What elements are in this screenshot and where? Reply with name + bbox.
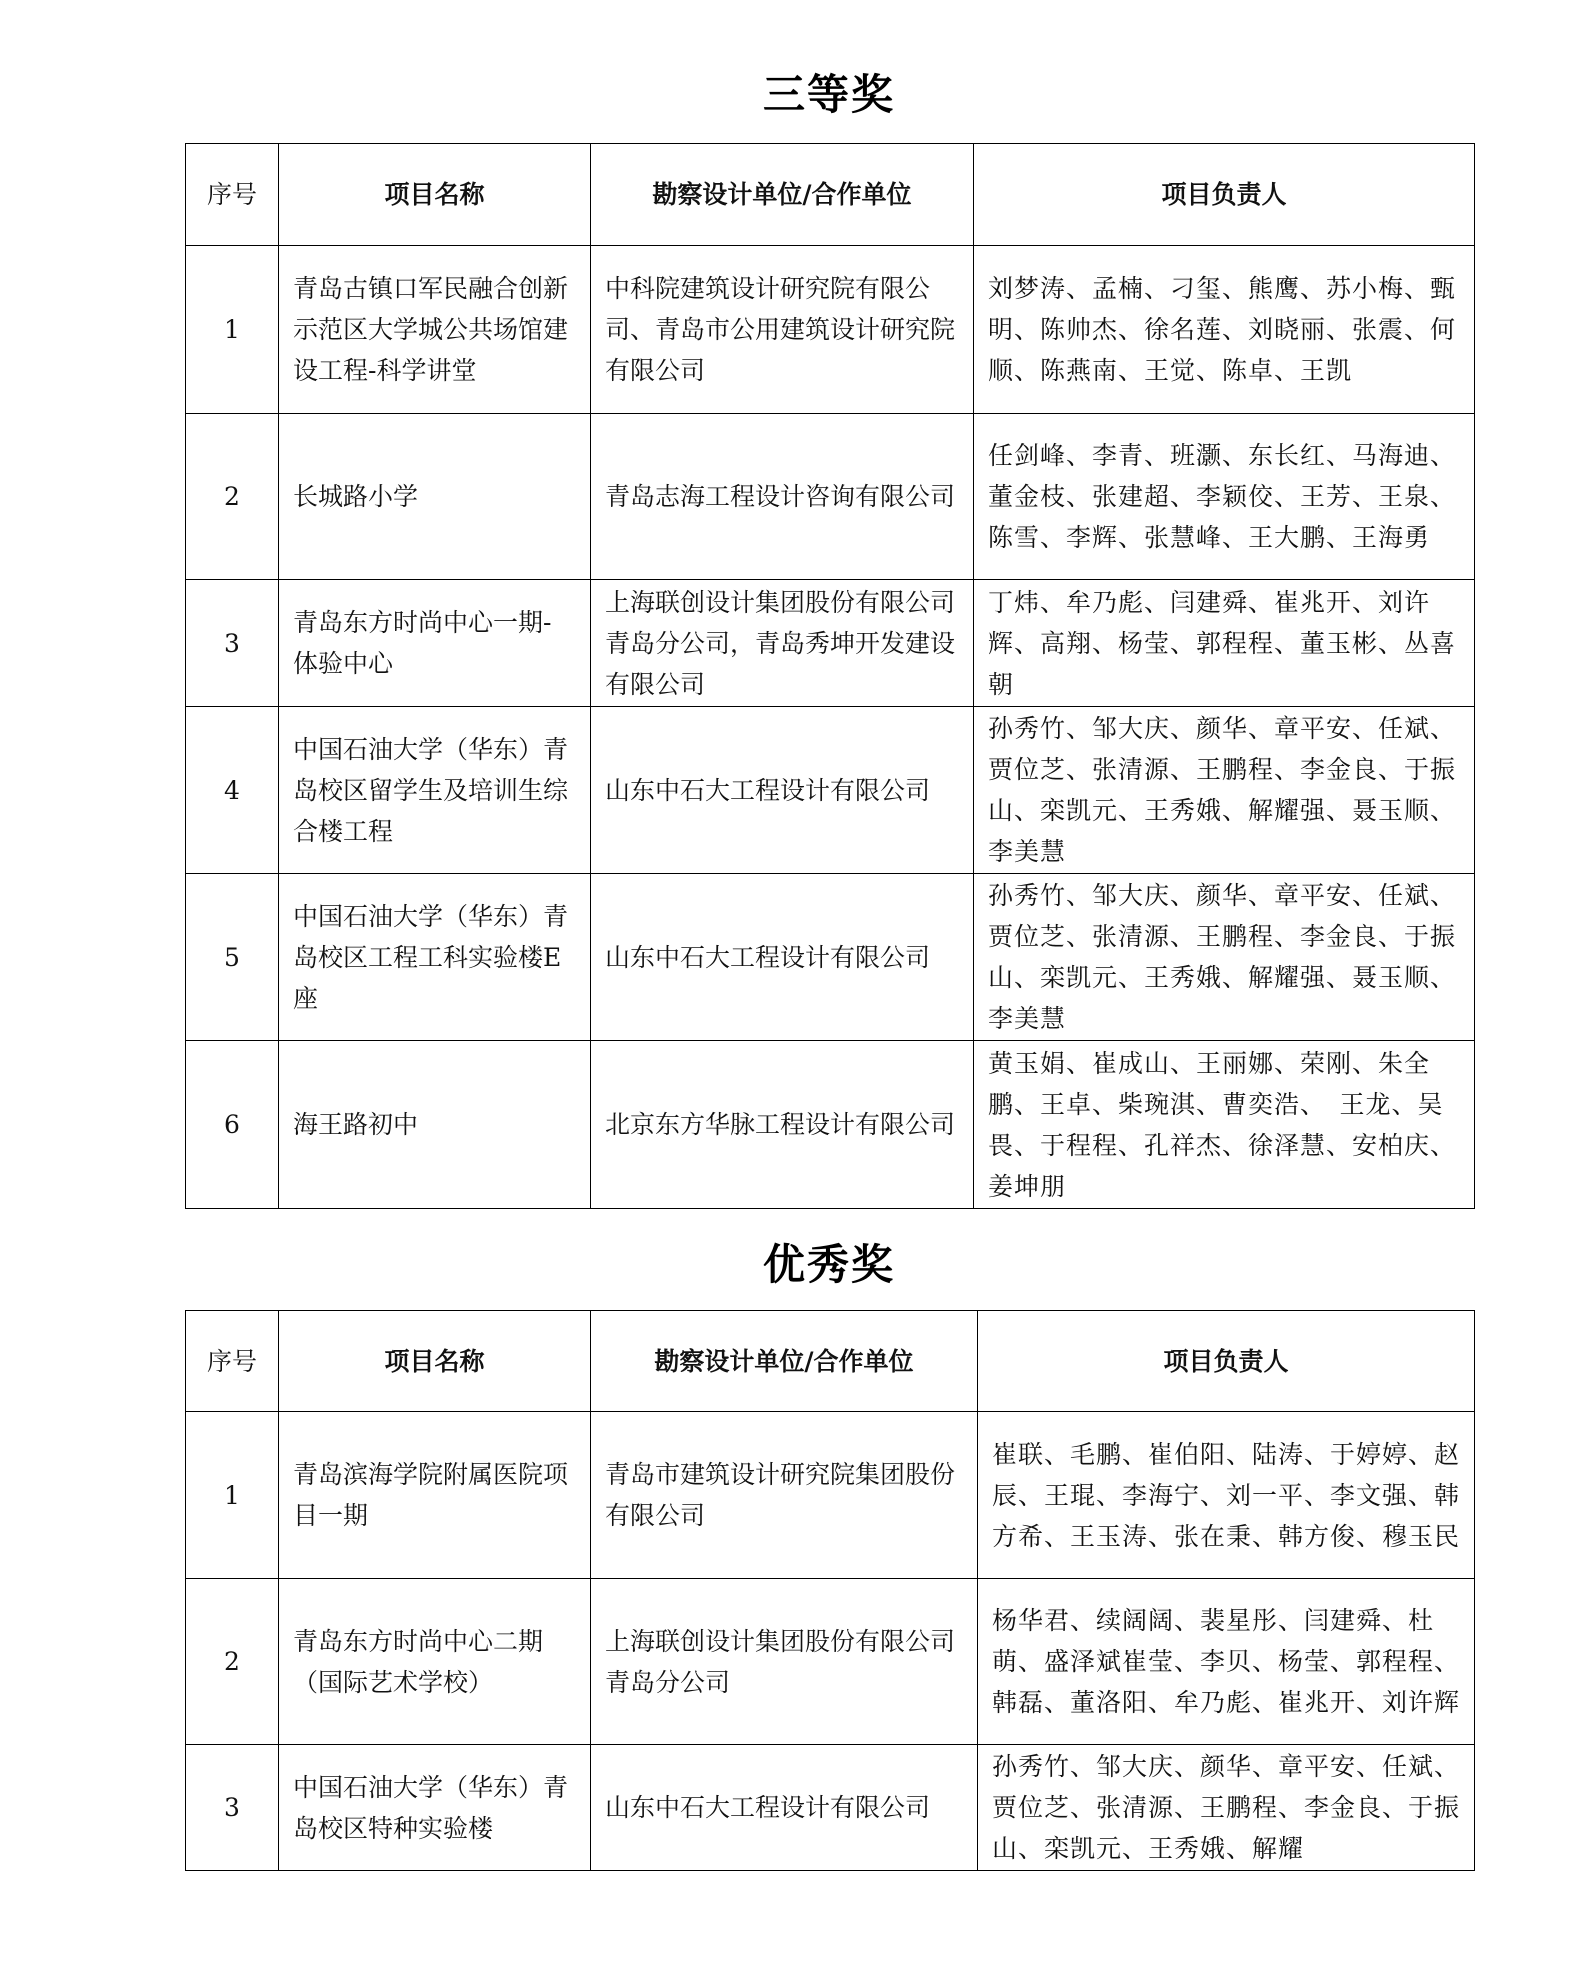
row-index: 2	[186, 1579, 279, 1745]
row-project: 青岛古镇口军民融合创新示范区大学城公共场馆建设工程-科学讲堂	[279, 246, 591, 414]
row-unit: 山东中石大工程设计有限公司	[591, 874, 974, 1041]
table-row: 1 青岛古镇口军民融合创新示范区大学城公共场馆建设工程-科学讲堂 中科院建筑设计…	[186, 246, 1475, 414]
row-index: 3	[186, 1745, 279, 1871]
table-header-row: 序号 项目名称 勘察设计单位/合作单位 项目负责人	[186, 144, 1475, 246]
table-row: 3 中国石油大学（华东）青岛校区特种实验楼 山东中石大工程设计有限公司 孙秀竹、…	[186, 1745, 1475, 1871]
row-leaders: 孙秀竹、邹大庆、颜华、章平安、任斌、贾位芝、张清源、王鹏程、李金良、于振山、栾凯…	[974, 707, 1475, 874]
section-title-third-prize: 三等奖	[0, 62, 1587, 122]
header-unit: 勘察设计单位/合作单位	[591, 144, 974, 246]
row-project: 海王路初中	[279, 1041, 591, 1209]
table-row: 6 海王路初中 北京东方华脉工程设计有限公司 黄玉娟、崔成山、王丽娜、荣刚、朱全…	[186, 1041, 1475, 1209]
table-row: 3 青岛东方时尚中心一期-体验中心 上海联创设计集团股份有限公司青岛分公司，青岛…	[186, 580, 1475, 707]
row-unit: 青岛市建筑设计研究院集团股份有限公司	[591, 1412, 978, 1579]
row-unit: 青岛志海工程设计咨询有限公司	[591, 414, 974, 580]
row-unit: 北京东方华脉工程设计有限公司	[591, 1041, 974, 1209]
header-index: 序号	[186, 144, 279, 246]
row-leaders: 任剑峰、李青、班灏、东长红、马海迪、董金枝、张建超、李颖佼、王芳、王泉、陈雪、李…	[974, 414, 1475, 580]
row-unit: 山东中石大工程设计有限公司	[591, 1745, 978, 1871]
row-leaders: 刘梦涛、孟楠、刁玺、熊鹰、苏小梅、甄明、陈帅杰、徐名莲、刘晓丽、张震、何顺、陈燕…	[974, 246, 1475, 414]
row-index: 5	[186, 874, 279, 1041]
table-row: 2 青岛东方时尚中心二期（国际艺术学校） 上海联创设计集团股份有限公司青岛分公司…	[186, 1579, 1475, 1745]
row-leaders: 丁炜、牟乃彪、闫建舜、崔兆开、刘许辉、高翔、杨莹、郭程程、董玉彬、丛喜朝	[974, 580, 1475, 707]
table-row: 4 中国石油大学（华东）青岛校区留学生及培训生综合楼工程 山东中石大工程设计有限…	[186, 707, 1475, 874]
row-index: 6	[186, 1041, 279, 1209]
row-leaders: 孙秀竹、邹大庆、颜华、章平安、任斌、贾位芝、张清源、王鹏程、李金良、于振山、栾凯…	[974, 874, 1475, 1041]
row-project: 中国石油大学（华东）青岛校区工程工科实验楼E座	[279, 874, 591, 1041]
row-index: 1	[186, 246, 279, 414]
row-unit: 中科院建筑设计研究院有限公司、青岛市公用建筑设计研究院有限公司	[591, 246, 974, 414]
section-title-excellence-prize: 优秀奖	[0, 1232, 1587, 1292]
row-index: 4	[186, 707, 279, 874]
row-leaders: 孙秀竹、邹大庆、颜华、章平安、任斌、贾位芝、张清源、王鹏程、李金良、于振山、栾凯…	[978, 1745, 1475, 1871]
row-unit: 上海联创设计集团股份有限公司青岛分公司，青岛秀坤开发建设有限公司	[591, 580, 974, 707]
row-project: 长城路小学	[279, 414, 591, 580]
row-leaders: 黄玉娟、崔成山、王丽娜、荣刚、朱全鹏、王卓、柴琬淇、曹奕浩、 王龙、吴畏、于程程…	[974, 1041, 1475, 1209]
table-header-row: 序号 项目名称 勘察设计单位/合作单位 项目负责人	[186, 1311, 1475, 1412]
row-project: 青岛滨海学院附属医院项目一期	[279, 1412, 591, 1579]
row-project: 中国石油大学（华东）青岛校区特种实验楼	[279, 1745, 591, 1871]
row-project: 中国石油大学（华东）青岛校区留学生及培训生综合楼工程	[279, 707, 591, 874]
header-leader: 项目负责人	[974, 144, 1475, 246]
row-unit: 山东中石大工程设计有限公司	[591, 707, 974, 874]
row-unit: 上海联创设计集团股份有限公司青岛分公司	[591, 1579, 978, 1745]
row-leaders: 杨华君、续阔阔、裴星彤、闫建舜、杜萌、盛泽斌崔莹、李贝、杨莹、郭程程、韩磊、董洛…	[978, 1579, 1475, 1745]
row-index: 3	[186, 580, 279, 707]
row-index: 2	[186, 414, 279, 580]
excellence-prize-table: 序号 项目名称 勘察设计单位/合作单位 项目负责人 1 青岛滨海学院附属医院项目…	[185, 1310, 1475, 1871]
header-unit: 勘察设计单位/合作单位	[591, 1311, 978, 1412]
third-prize-table: 序号 项目名称 勘察设计单位/合作单位 项目负责人 1 青岛古镇口军民融合创新示…	[185, 143, 1475, 1209]
table-row: 2 长城路小学 青岛志海工程设计咨询有限公司 任剑峰、李青、班灏、东长红、马海迪…	[186, 414, 1475, 580]
header-project: 项目名称	[279, 1311, 591, 1412]
table-row: 1 青岛滨海学院附属医院项目一期 青岛市建筑设计研究院集团股份有限公司 崔联、毛…	[186, 1412, 1475, 1579]
row-project: 青岛东方时尚中心二期（国际艺术学校）	[279, 1579, 591, 1745]
header-index: 序号	[186, 1311, 279, 1412]
row-leaders: 崔联、毛鹏、崔伯阳、陆涛、于婷婷、赵辰、王琨、李海宁、刘一平、李文强、韩方希、王…	[978, 1412, 1475, 1579]
row-index: 1	[186, 1412, 279, 1579]
table-row: 5 中国石油大学（华东）青岛校区工程工科实验楼E座 山东中石大工程设计有限公司 …	[186, 874, 1475, 1041]
header-project: 项目名称	[279, 144, 591, 246]
header-leader: 项目负责人	[978, 1311, 1475, 1412]
row-project: 青岛东方时尚中心一期-体验中心	[279, 580, 591, 707]
